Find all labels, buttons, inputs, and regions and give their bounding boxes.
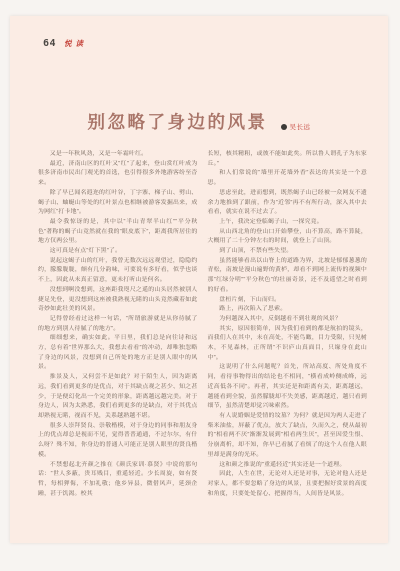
author-name: 吴长远 — [290, 122, 311, 131]
paragraph: 最令我惊讶的是，其中以“半山青翠半山红”“平分秋色”著称的蝎子山竟然就在我的“眼… — [38, 218, 198, 247]
author-byline: 吴长远 — [281, 122, 311, 133]
paragraph: 虽然能够看出以山脊上的道路为界，北坡是郁郁葱葱的青松，南坡是漫山遍野的黄栌，却看… — [208, 257, 368, 296]
paragraph: 到了山顶，不禁有些失望。 — [208, 247, 368, 257]
paragraph: 最近，济南山区的红叶又“红”了起来，登山赏红叶成为很多济南市民出门观光的首选，也… — [38, 160, 198, 189]
magazine-page: 64 悦读 别忽略了身边的风景 吴长远 又是一年秋风劲，又是一年霜叶红。最近，济… — [10, 16, 388, 543]
paragraph: 除了早已闻名遐迩的红叶谷，丁字寨、梯子山、劈山、蝎子山、蚰蜒山等处的红叶景点也相… — [38, 189, 198, 218]
paragraph: 不禁想起北齐颜之推在《颜氏家训·慕贤》中说的那句话：“世人多蔽，贵耳贱目，重遥轻… — [38, 461, 198, 500]
paragraph: 从山西北角的登山口开始攀登，山不算高，路不算陡，大概用了二十分钟左右的时间，就登… — [208, 228, 368, 247]
paragraph: 为何越深入其中，反倒越看不到壮观的风景？ — [208, 315, 368, 325]
paragraph: 这说明了什么问题呢？首先，所站高度、所处角度不同，看待事物得出的结论也不相同，“… — [208, 363, 368, 412]
paragraph: 这和颜之推说的“重遥轻近”其实还是一个道理。 — [208, 461, 368, 471]
paragraph: 又是一年秋风劲，又是一年霜叶红。 — [38, 150, 198, 160]
paragraph: 推景及人，又何尝不是如此？对于陌生人，因为距离远，我们看到更多的是优点，对于其缺… — [38, 373, 198, 422]
paragraph: 很多人崇拜贤良、崇敬楷模，对于身边的同事和朋友身上的优点却总是视而不见，觉得普普… — [38, 422, 198, 461]
paragraph: 没想到啊没想到，这座距我咫尺之遥的山头居然被别人捷足先登，更没想到这座被我熟视无… — [38, 286, 198, 315]
right-column-rest: 和人们常说的“墙里开花墙外香”表达的其实是一个意思。思虑至此，进而想到，既然蝎子… — [208, 169, 368, 499]
body-columns: 又是一年秋风劲，又是一年霜叶红。最近，济南山区的红叶又“红”了起来，登山赏红叶成… — [38, 150, 367, 499]
page-header: 64 悦读 — [43, 38, 87, 49]
paragraph: 细细想来，确实如此。平日里，我们总是向往诗和远方，总有着“世界那么大，我想去看看… — [38, 334, 198, 373]
paragraph: 和人们常说的“墙里开花墙外香”表达的其实是一个意思。 — [208, 169, 368, 188]
paragraph: 路上，再次陷入了思索。 — [208, 305, 368, 315]
author-badge-icon — [281, 124, 287, 130]
paragraph: 因此，人生在世，无论对人还是对事，无论对他人还是对家人，都不要忽略了身边的风景，… — [208, 470, 368, 499]
paragraph-continuation: 长短，核其精粗，或彼不能如此矣。所以鲁人谓孔子为东家丘。” — [208, 150, 368, 169]
paragraph: 说起这蝎子山的红叶，我曾无数次远远观望过，隐隐约约，朦朦胧胧，颇有几分韵味，可要… — [38, 257, 198, 286]
article-header: 别忽略了身边的风景 吴长远 — [10, 112, 388, 133]
section-label: 悦读 — [64, 38, 87, 49]
paragraph: 盘桓片刻，下山而归。 — [208, 296, 368, 306]
article-title: 别忽略了身边的风景 — [88, 112, 268, 133]
paragraph: 记得曾经看过这样一句话，“所谓旅游就是从你待腻了的地方到别人待腻了的地方”。 — [38, 315, 198, 334]
paragraph: 上午，我决定登临蝎子山，一探究竟。 — [208, 218, 368, 228]
paragraph: 思虑至此，进而想到，既然蝎子山已经被一众网友不遗余力地推到了跟前，作为“近邻”再… — [208, 189, 368, 218]
paragraph: 这可真是有点“灯下黑”了。 — [38, 247, 198, 257]
left-column: 又是一年秋风劲，又是一年霜叶红。最近，济南山区的红叶又“红”了起来，登山赏红叶成… — [38, 150, 198, 499]
paragraph: 其实，原因很简单，因为我们看到的都是航拍的镜头，而我们人在其中，未在高处，不能鸟… — [208, 325, 368, 364]
page-number: 64 — [43, 38, 56, 49]
right-column: 长短，核其精粗，或彼不能如此矣。所以鲁人谓孔子为东家丘。” 和人们常说的“墙里开… — [208, 150, 368, 499]
paragraph: 有人说婚姻是爱情的坟墓？为何？就是因为两人走进了柴米油盐，屏蔽了优点，放大了缺点… — [208, 412, 368, 461]
